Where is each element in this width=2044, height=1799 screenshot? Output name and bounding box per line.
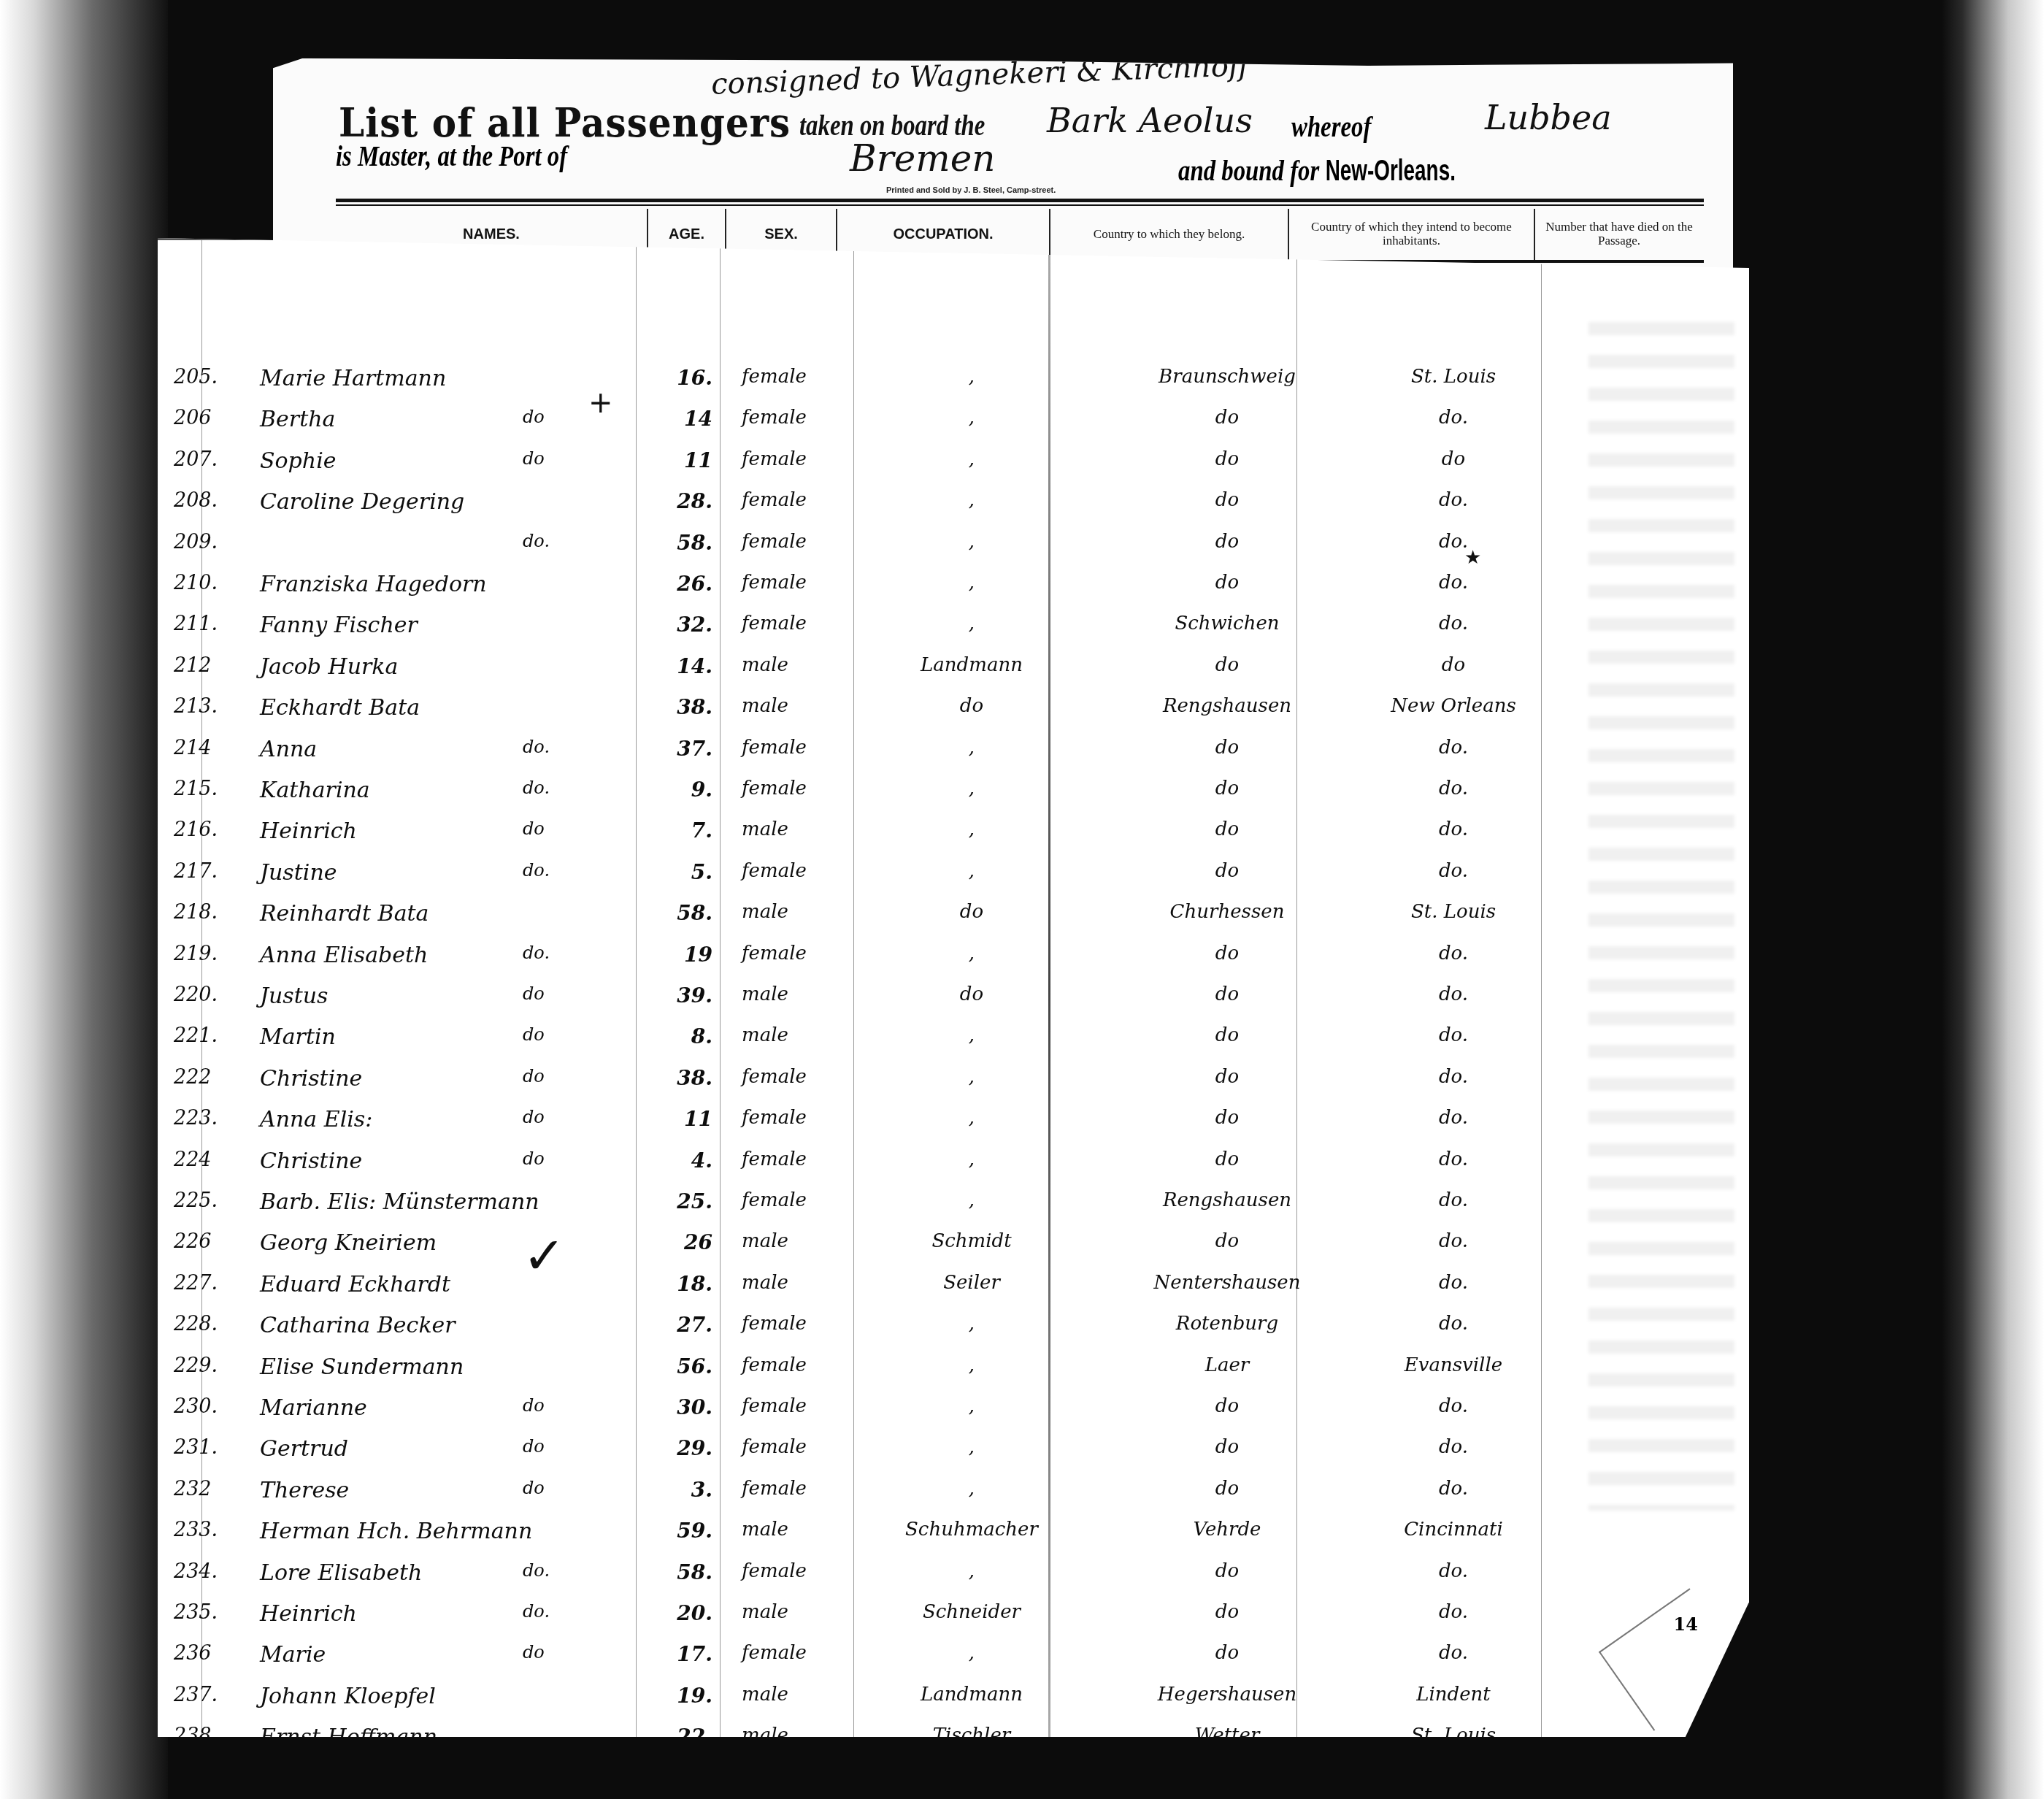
country-intend: do. — [1311, 1436, 1596, 1458]
passenger-age: 19. — [654, 1684, 712, 1708]
country-intend: do. — [1311, 1024, 1596, 1046]
col-country-intend: Country of which they intend to become i… — [1289, 209, 1535, 260]
passenger-age: 5. — [654, 860, 712, 884]
passenger-row: 217. Justine do. 5. female , do do. — [158, 860, 1749, 893]
passenger-row: 206 Bertha do 14 female , do do. — [158, 407, 1749, 440]
destination: New-Orleans. — [1325, 155, 1455, 188]
passenger-sex: female — [742, 407, 807, 429]
passenger-sex: female — [742, 860, 807, 882]
passenger-age: 25. — [654, 1189, 712, 1213]
passenger-row: 213. Eckhardt Bata 38. male do Rengshaus… — [158, 695, 1749, 728]
passenger-occupation: , — [848, 1313, 1096, 1335]
passenger-age: 27. — [654, 1313, 712, 1337]
printer-note: Printed and Sold by J. B. Steel, Camp-st… — [886, 186, 1056, 195]
passenger-name: Georg Kneiriem — [260, 1230, 437, 1256]
surname-ditto: do. — [523, 778, 550, 798]
passenger-name: Johann Kloepfel — [260, 1684, 436, 1709]
passenger-age: 58. — [654, 1560, 712, 1584]
passenger-name: Lore Elisabeth — [260, 1560, 422, 1586]
passenger-name: Eckhardt Bata — [260, 695, 420, 721]
passenger-age: 8. — [654, 1024, 712, 1048]
passenger-occupation: , — [848, 1148, 1096, 1170]
passenger-row: 210. Franziska Hagedorn 26. female , do … — [158, 572, 1749, 605]
passenger-sex: female — [742, 1313, 807, 1335]
passenger-number: 231. — [174, 1436, 225, 1459]
passenger-age: 58. — [654, 901, 712, 925]
passenger-row: 229. Elise Sundermann 56. female , Laer … — [158, 1354, 1749, 1387]
country-intend: do. — [1311, 1230, 1596, 1252]
passenger-sheet: 205. Marie Hartmann 16. female , Braunsc… — [158, 238, 1749, 1737]
passenger-occupation: do — [848, 695, 1096, 717]
country-intend: St. Louis — [1311, 366, 1596, 388]
passenger-number: 206 — [174, 407, 225, 429]
passenger-name: Eduard Eckhardt — [260, 1272, 450, 1297]
passenger-sex: male — [742, 1684, 788, 1706]
passenger-name: Marie — [260, 1642, 326, 1668]
passenger-row: 215. Katharina do. 9. female , do do. — [158, 778, 1749, 810]
country-intend: do. — [1311, 1148, 1596, 1170]
country-intend: do. — [1311, 489, 1596, 511]
passenger-age: 39. — [654, 983, 712, 1008]
passenger-age: 3. — [654, 1478, 712, 1502]
country-intend: do. — [1311, 860, 1596, 882]
surname-ditto: do — [523, 1107, 545, 1127]
passenger-sex: female — [742, 1478, 807, 1500]
passenger-name: Herman Hch. Behrmann — [260, 1519, 532, 1544]
scan-edge-right — [1942, 0, 2044, 1799]
passenger-sex: female — [742, 1642, 807, 1664]
surname-ditto: do — [523, 448, 545, 469]
country-intend: do. — [1311, 778, 1596, 799]
passenger-age: 28. — [654, 489, 712, 513]
passenger-occupation: , — [848, 366, 1096, 388]
passenger-sex: male — [742, 1272, 788, 1294]
passenger-age: 38. — [654, 1066, 712, 1090]
passenger-name: Catharina Becker — [260, 1313, 456, 1338]
passenger-row: 209. do. 58. female , do do. — [158, 531, 1749, 564]
passenger-sex: female — [742, 489, 807, 511]
passenger-row: 238. Ernst Hoffmann 22. male Tischler We… — [158, 1725, 1749, 1757]
surname-ditto: do. — [523, 943, 550, 963]
col-died: Number that have died on the Passage. — [1535, 209, 1703, 260]
passenger-name: Caroline Degering — [260, 489, 464, 515]
passenger-occupation: , — [848, 737, 1096, 759]
passenger-occupation: , — [848, 489, 1096, 511]
passenger-name: Marie Hartmann — [260, 366, 446, 391]
passenger-sex: male — [742, 983, 788, 1005]
whereof-label: whereof — [1291, 110, 1371, 144]
country-intend: do. — [1311, 531, 1596, 553]
passenger-number: 234. — [174, 1560, 225, 1583]
passenger-name: Anna Elisabeth — [260, 943, 428, 968]
passenger-number: 238. — [174, 1725, 225, 1747]
passenger-name: Heinrich — [260, 818, 357, 844]
passenger-number: 218. — [174, 901, 225, 924]
passenger-row: 225. Barb. Elis: Münstermann 25. female … — [158, 1189, 1749, 1222]
passenger-occupation: Schneider — [848, 1601, 1096, 1623]
country-intend: do. — [1311, 1272, 1596, 1294]
surname-ditto: do — [523, 818, 545, 839]
passenger-number: 228. — [174, 1313, 225, 1335]
passenger-name: Martin — [260, 1024, 336, 1050]
passenger-sex: male — [742, 818, 788, 840]
passenger-number: 237. — [174, 1684, 225, 1706]
cross-mark: + — [588, 386, 613, 420]
passenger-sex: female — [742, 943, 807, 964]
passenger-sex: male — [742, 1024, 788, 1046]
passenger-age: 11 — [654, 1107, 712, 1131]
surname-ditto: do. — [523, 531, 550, 551]
passenger-number: 224 — [174, 1148, 225, 1171]
passenger-name: Franziska Hagedorn — [260, 572, 487, 597]
passenger-number: 232 — [174, 1478, 225, 1500]
surname-ditto: do — [523, 1642, 545, 1662]
passenger-number: 214 — [174, 737, 225, 759]
passenger-age: 20. — [654, 1601, 712, 1625]
passenger-row: 218. Reinhardt Bata 58. male do Churhess… — [158, 901, 1749, 934]
passenger-number: 236 — [174, 1642, 225, 1665]
passenger-sex: male — [742, 1519, 788, 1541]
passenger-age: 56. — [654, 1354, 712, 1378]
passenger-occupation: , — [848, 1354, 1096, 1376]
passenger-sex: female — [742, 1395, 807, 1417]
passenger-age: 26. — [654, 572, 712, 596]
passenger-sex: female — [742, 448, 807, 470]
country-intend: do — [1311, 448, 1596, 470]
passenger-name: Christine — [260, 1148, 362, 1174]
passenger-age: 11 — [654, 448, 712, 472]
country-intend: Lindent — [1311, 1684, 1596, 1706]
surname-ditto: do — [523, 1024, 545, 1045]
passenger-occupation: , — [848, 1642, 1096, 1664]
country-intend: do. — [1311, 572, 1596, 594]
passenger-occupation: , — [848, 613, 1096, 634]
passenger-name: Therese — [260, 1478, 349, 1503]
passenger-name: Fanny Fischer — [260, 613, 418, 638]
passenger-name: Heinrich — [260, 1601, 357, 1627]
master-name: Lubbea — [1485, 98, 1612, 137]
passenger-age: 22. — [654, 1725, 712, 1749]
passenger-sex: female — [742, 1107, 807, 1129]
country-intend: do. — [1311, 613, 1596, 634]
passenger-number: 235. — [174, 1601, 225, 1624]
country-intend: St. Louis — [1311, 901, 1596, 923]
passenger-name: Sophie — [260, 448, 337, 474]
surname-ditto: do. — [523, 1560, 550, 1581]
passenger-sex: female — [742, 778, 807, 799]
passenger-age: 30. — [654, 1395, 712, 1419]
surname-ditto: do — [523, 407, 545, 427]
country-intend: do. — [1311, 1189, 1596, 1211]
passenger-occupation: , — [848, 531, 1096, 553]
passenger-sex: male — [742, 695, 788, 717]
passenger-age: 26 — [654, 1230, 712, 1254]
master-port-label: is Master, at the Port of — [336, 139, 567, 173]
passenger-sex: male — [742, 901, 788, 923]
country-intend: New Orleans — [1311, 695, 1596, 717]
passenger-row: 236 Marie do 17. female , do do. — [158, 1642, 1749, 1675]
passenger-row: 227. Eduard Eckhardt 18. male Seiler Nen… — [158, 1272, 1749, 1305]
passenger-age: 9. — [654, 778, 712, 802]
col-country-belong: Country to which they belong. — [1050, 209, 1289, 260]
surname-ditto: do. — [523, 737, 550, 757]
star-mark: ★ — [1464, 547, 1481, 569]
passenger-row: 211. Fanny Fischer 32. female , Schwiche… — [158, 613, 1749, 645]
passenger-occupation: , — [848, 1395, 1096, 1417]
check-mark: ✓ — [523, 1226, 566, 1286]
passenger-name: Anna — [260, 737, 317, 762]
passenger-row: 208. Caroline Degering 28. female , do d… — [158, 489, 1749, 522]
passenger-occupation: , — [848, 778, 1096, 799]
passenger-sex: male — [742, 1601, 788, 1623]
passenger-sex: female — [742, 1148, 807, 1170]
passenger-sex: female — [742, 1066, 807, 1088]
surname-ditto: do — [523, 1148, 545, 1169]
passenger-number: 227. — [174, 1272, 225, 1294]
passenger-number: 229. — [174, 1354, 225, 1377]
passenger-age: 19 — [654, 943, 712, 967]
passenger-occupation: Landmann — [848, 1684, 1096, 1706]
passenger-occupation: , — [848, 407, 1096, 429]
passenger-age: 32. — [654, 613, 712, 637]
scan-edge-left — [0, 0, 168, 1799]
passenger-number: 212 — [174, 654, 225, 677]
passenger-age: 37. — [654, 737, 712, 761]
country-intend: do. — [1311, 407, 1596, 429]
surname-ditto: do — [523, 1066, 545, 1086]
passenger-occupation: do — [848, 983, 1096, 1005]
passenger-row: 220. Justus do 39. male do do do. — [158, 983, 1749, 1016]
passenger-row: 221. Martin do 8. male , do do. — [158, 1024, 1749, 1057]
port-of-departure: Bremen — [850, 137, 995, 180]
passenger-row: 228. Catharina Becker 27. female , Roten… — [158, 1313, 1749, 1346]
passenger-occupation: do — [848, 901, 1096, 923]
country-intend: do. — [1311, 943, 1596, 964]
passenger-number: 209. — [174, 531, 225, 553]
passenger-age: 16. — [654, 366, 712, 390]
passenger-number: 221. — [174, 1024, 225, 1047]
passenger-row: 212 Jacob Hurka 14. male Landmann do do — [158, 654, 1749, 687]
passenger-occupation: Tischler — [848, 1725, 1096, 1746]
passenger-occupation: , — [848, 1107, 1096, 1129]
passenger-sex: male — [742, 1725, 788, 1746]
passenger-occupation: , — [848, 818, 1096, 840]
passenger-name: Anna Elis: — [260, 1107, 372, 1132]
passenger-number: 220. — [174, 983, 225, 1006]
country-intend: do. — [1311, 983, 1596, 1005]
passenger-occupation: , — [848, 943, 1096, 964]
passenger-occupation: , — [848, 1066, 1096, 1088]
passenger-number: 233. — [174, 1519, 225, 1541]
passenger-row: 232 Therese do 3. female , do do. — [158, 1478, 1749, 1511]
passenger-name: Barb. Elis: Münstermann — [260, 1189, 539, 1215]
passenger-row: 234. Lore Elisabeth do. 58. female , do … — [158, 1560, 1749, 1593]
passenger-age: 14 — [654, 407, 712, 431]
passenger-row: 222 Christine do 38. female , do do. — [158, 1066, 1749, 1099]
passenger-row: 230. Marianne do 30. female , do do. — [158, 1395, 1749, 1428]
passenger-row: 226 Georg Kneiriem 26 male Schmidt do do… — [158, 1230, 1749, 1263]
passenger-name: Elise Sundermann — [260, 1354, 464, 1380]
passenger-row: 214 Anna do. 37. female , do do. — [158, 737, 1749, 770]
surname-ditto: do — [523, 983, 545, 1004]
passenger-sex: female — [742, 737, 807, 759]
passenger-sex: female — [742, 613, 807, 634]
passenger-age: 18. — [654, 1272, 712, 1296]
passenger-number: 205. — [174, 366, 225, 388]
passenger-number: 226 — [174, 1230, 225, 1253]
passenger-number: 215. — [174, 778, 225, 800]
country-intend: do. — [1311, 737, 1596, 759]
passenger-sex: female — [742, 572, 807, 594]
passenger-name: Justine — [260, 860, 337, 886]
passenger-sex: male — [742, 1230, 788, 1252]
passenger-name: Christine — [260, 1066, 362, 1092]
passenger-row: 224 Christine do 4. female , do do. — [158, 1148, 1749, 1181]
passenger-occupation: Schmidt — [848, 1230, 1096, 1252]
passenger-occupation: Schuhmacher — [848, 1519, 1096, 1541]
passenger-occupation: , — [848, 448, 1096, 470]
passenger-occupation: Seiler — [848, 1272, 1096, 1294]
bound-line: and bound for New-Orleans. — [1178, 153, 1478, 188]
passenger-number: 211. — [174, 613, 225, 635]
header-rule — [336, 199, 1704, 206]
country-intend: Cincinnati — [1311, 1519, 1596, 1541]
passenger-name: Justus — [260, 983, 328, 1009]
passenger-number: 222 — [174, 1066, 225, 1089]
page-mark: 14 — [1674, 1614, 1698, 1635]
passenger-row: 231. Gertrud do 29. female , do do. — [158, 1436, 1749, 1469]
country-intend: do. — [1311, 1107, 1596, 1129]
passenger-name: Gertrud — [260, 1436, 348, 1462]
surname-ditto: do — [523, 1478, 545, 1498]
passenger-age: 29. — [654, 1436, 712, 1460]
surname-ditto: do. — [523, 1601, 550, 1622]
passenger-name: Ernst Hoffmann — [260, 1725, 437, 1750]
country-intend: do. — [1311, 818, 1596, 840]
passenger-number: 223. — [174, 1107, 225, 1129]
passenger-number: 213. — [174, 695, 225, 718]
surname-ditto: do — [523, 1395, 545, 1416]
passenger-age: 4. — [654, 1148, 712, 1173]
passenger-age: 38. — [654, 695, 712, 719]
passenger-number: 207. — [174, 448, 225, 471]
consigned-note: consigned to Wagnekeri & Kirchhoff — [710, 49, 1249, 101]
country-intend: do — [1311, 654, 1596, 676]
country-intend: do. — [1311, 1395, 1596, 1417]
passenger-number: 210. — [174, 572, 225, 594]
country-intend: do. — [1311, 1601, 1596, 1623]
passenger-number: 225. — [174, 1189, 225, 1212]
passenger-name: Reinhardt Bata — [260, 901, 429, 927]
passenger-sex: female — [742, 531, 807, 553]
passenger-row: 235. Heinrich do. 20. male Schneider do … — [158, 1601, 1749, 1634]
passenger-occupation: , — [848, 860, 1096, 882]
passenger-name: Bertha — [260, 407, 335, 432]
passenger-sex: female — [742, 1189, 807, 1211]
passenger-row: 205. Marie Hartmann 16. female , Braunsc… — [158, 366, 1749, 399]
passenger-sex: female — [742, 1560, 807, 1582]
passenger-age: 59. — [654, 1519, 712, 1543]
passenger-row: 237. Johann Kloepfel 19. male Landmann H… — [158, 1684, 1749, 1716]
country-intend: do. — [1311, 1066, 1596, 1088]
passenger-occupation: , — [848, 1189, 1096, 1211]
passenger-number: 217. — [174, 860, 225, 883]
passenger-row: 223. Anna Elis: do 11 female , do do. — [158, 1107, 1749, 1140]
passenger-number: 230. — [174, 1395, 225, 1418]
passenger-name: Katharina — [260, 778, 370, 803]
passenger-number: 219. — [174, 943, 225, 965]
country-intend: St. Louis — [1311, 1725, 1596, 1746]
country-intend: do. — [1311, 1478, 1596, 1500]
passenger-sex: female — [742, 1354, 807, 1376]
passenger-age: 14. — [654, 654, 712, 678]
country-intend: Evansville — [1311, 1354, 1596, 1376]
country-intend: do. — [1311, 1560, 1596, 1582]
bound-label: and bound for — [1178, 154, 1319, 187]
passenger-age: 17. — [654, 1642, 712, 1666]
passenger-age: 7. — [654, 818, 712, 843]
passenger-occupation: , — [848, 1560, 1096, 1582]
passenger-age: 58. — [654, 531, 712, 555]
passenger-row: 219. Anna Elisabeth do. 19 female , do d… — [158, 943, 1749, 975]
passenger-number: 208. — [174, 489, 225, 512]
passenger-row: 207. Sophie do 11 female , do do — [158, 448, 1749, 481]
passenger-sex: female — [742, 366, 807, 388]
passenger-occupation: Landmann — [848, 654, 1096, 676]
passenger-occupation: , — [848, 572, 1096, 594]
surname-ditto: do. — [523, 860, 550, 881]
country-intend: do. — [1311, 1642, 1596, 1664]
ship-name: Bark Aeolus — [1047, 101, 1253, 140]
passenger-occupation: , — [848, 1478, 1096, 1500]
passenger-row: 216. Heinrich do 7. male , do do. — [158, 818, 1749, 851]
surname-ditto: do — [523, 1436, 545, 1457]
passenger-name: Jacob Hurka — [260, 654, 398, 680]
passenger-sex: male — [742, 654, 788, 676]
passenger-number: 216. — [174, 818, 225, 841]
passenger-occupation: , — [848, 1024, 1096, 1046]
passenger-occupation: , — [848, 1436, 1096, 1458]
passenger-sex: female — [742, 1436, 807, 1458]
passenger-name: Marianne — [260, 1395, 367, 1421]
country-intend: do. — [1311, 1313, 1596, 1335]
passenger-row: 233. Herman Hch. Behrmann 59. male Schuh… — [158, 1519, 1749, 1551]
